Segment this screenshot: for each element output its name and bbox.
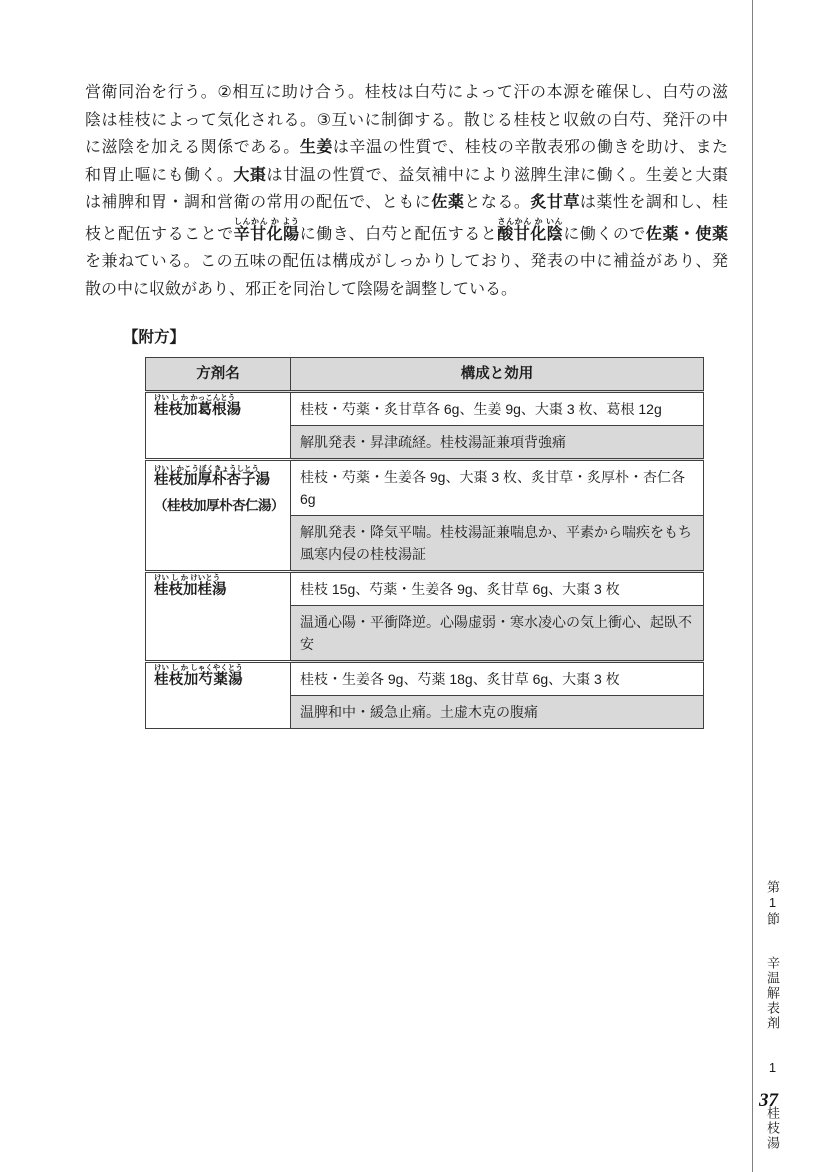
body-text: に働くので bbox=[563, 226, 646, 243]
table-row: 桂枝加葛根湯けい し か かっこんとう桂枝・芍薬・炙甘草各 6g、生姜 9g、大… bbox=[146, 392, 704, 426]
effect-cell: 解肌発表・降気平喘。桂枝湯証兼喘息か、平素から喘疾をもち風寒内侵の桂枝湯証 bbox=[291, 516, 704, 572]
table-row: 桂枝加芍薬湯けい し か しゃくやくとう桂枝・生姜各 9g、芍薬 18g、炙甘草… bbox=[146, 662, 704, 696]
page-number: 37 bbox=[759, 1090, 778, 1112]
col-header-formula-name: 方剤名 bbox=[146, 358, 291, 392]
composition-cell: 桂枝 15g、芍薬・生姜各 9g、炙甘草 6g、大棗 3 枚 bbox=[291, 572, 704, 606]
col-header-composition-effect: 構成と効用 bbox=[291, 358, 704, 392]
section-heading: 【附方】 bbox=[123, 328, 185, 348]
book-page: 営衛同治を行う。②相互に助け合う。桂枝は白芍によって汗の本源を確保し、白芍の滋陰… bbox=[0, 0, 830, 1172]
formula-name-cell: 桂枝加葛根湯けい し か かっこんとう bbox=[146, 392, 291, 460]
body-text: となる。 bbox=[464, 194, 530, 211]
body-text: は辛温の性質で、桂枝の辛散表邪の働きを助け、また bbox=[333, 139, 728, 156]
paragraph-line: 陰は桂枝によって気化される。③互いに制御する。散じる桂枝と収斂の白芍、発汗の中 bbox=[85, 107, 728, 135]
ruby-term: 辛甘化陽しんかん か よう bbox=[234, 226, 300, 243]
paragraph-line: 散の中に収斂があり、邪正を同治して陰陽を調整している。 bbox=[85, 276, 728, 304]
sidebar-chapter: 第1節 bbox=[763, 880, 781, 927]
sidebar-number: 1 bbox=[763, 1060, 781, 1077]
ruby-term: 酸甘化陰さんかん か いん bbox=[497, 226, 563, 243]
body-text: 陰は桂枝によって気化される。③互いに制御する。散じる桂枝と収斂の白芍、発汗の中 bbox=[85, 112, 728, 129]
body-text: を兼ねている。この五味の配伍は構成がしっかりしており、発表の中に補益があり、発 bbox=[85, 253, 728, 270]
formula-name-cell: 桂枝加桂湯けい し か けいとう bbox=[146, 572, 291, 662]
paragraph-line: 枝と配伍することで辛甘化陽しんかん か ように働き、白芍と配伍すると酸甘化陰さん… bbox=[85, 217, 728, 249]
body-text: は甘温の性質で、益気補中により滋脾生津に働く。生姜と大棗 bbox=[266, 167, 728, 184]
composition-cell: 桂枝・芍薬・生姜各 9g、大棗 3 枚、炙甘草・炙厚朴・杏仁各 6g bbox=[291, 460, 704, 516]
body-text: は薬性を調和し、桂 bbox=[580, 194, 728, 211]
formula-name: 桂枝加厚朴杏子湯けいしかこうぼくきょうしとう bbox=[154, 472, 270, 488]
emphasized-term: 生姜 bbox=[300, 139, 333, 156]
sidebar-section: 辛温解表剤 bbox=[763, 956, 781, 1031]
body-text: 枝と配伍することで bbox=[85, 226, 234, 243]
paragraph-line: に滋陰を加える関係である。生姜は辛温の性質で、桂枝の辛散表邪の働きを助け、また bbox=[85, 134, 728, 162]
emphasized-term: 佐薬 bbox=[431, 194, 464, 211]
formula-group: 桂枝加葛根湯けい し か かっこんとう桂枝・芍薬・炙甘草各 6g、生姜 9g、大… bbox=[146, 392, 704, 460]
formula-name-cell: 桂枝加芍薬湯けい し か しゃくやくとう bbox=[146, 662, 291, 729]
formula-name-cell: 桂枝加厚朴杏子湯けいしかこうぼくきょうしとう（桂枝加厚朴杏仁湯） bbox=[146, 460, 291, 572]
page-edge-rule bbox=[752, 0, 753, 1172]
table-row: 桂枝加桂湯けい し か けいとう桂枝 15g、芍薬・生姜各 9g、炙甘草 6g、… bbox=[146, 572, 704, 606]
formula-name: 桂枝加桂湯けい し か けいとう bbox=[154, 582, 227, 598]
paragraph-line: は補脾和胃・調和営衛の常用の配伍で、ともに佐薬となる。炙甘草は薬性を調和し、桂 bbox=[85, 189, 728, 217]
effect-cell: 温通心陽・平衝降逆。心陽虚弱・寒水凌心の気上衝心、起臥不安 bbox=[291, 606, 704, 662]
formula-name: 桂枝加芍薬湯けい し か しゃくやくとう bbox=[154, 672, 243, 688]
paragraph-line: を兼ねている。この五味の配伍は構成がしっかりしており、発表の中に補益があり、発 bbox=[85, 248, 728, 276]
sidebar-formula: 桂枝湯 bbox=[763, 1106, 781, 1151]
formula-group: 桂枝加厚朴杏子湯けいしかこうぼくきょうしとう（桂枝加厚朴杏仁湯）桂枝・芍薬・生姜… bbox=[146, 460, 704, 572]
body-text: 和胃止嘔にも働く。 bbox=[85, 167, 233, 184]
emphasized-term: 大棗 bbox=[233, 167, 266, 184]
emphasized-term: 佐薬・使薬 bbox=[646, 226, 728, 243]
effect-cell: 解肌発表・昇津疏経。桂枝湯証兼項背強痛 bbox=[291, 426, 704, 460]
body-paragraph: 営衛同治を行う。②相互に助け合う。桂枝は白芍によって汗の本源を確保し、白芍の滋陰… bbox=[85, 79, 728, 303]
effect-cell: 温脾和中・緩急止痛。土虚木克の腹痛 bbox=[291, 696, 704, 729]
emphasized-term: 炙甘草 bbox=[530, 194, 580, 211]
composition-cell: 桂枝・芍薬・炙甘草各 6g、生姜 9g、大棗 3 枚、葛根 12g bbox=[291, 392, 704, 426]
table-row: 桂枝加厚朴杏子湯けいしかこうぼくきょうしとう（桂枝加厚朴杏仁湯）桂枝・芍薬・生姜… bbox=[146, 460, 704, 516]
table-header-row: 方剤名 構成と効用 bbox=[146, 358, 704, 392]
formula-table: 方剤名 構成と効用 桂枝加葛根湯けい し か かっこんとう桂枝・芍薬・炙甘草各 … bbox=[145, 357, 704, 729]
body-text: 営衛同治を行う。②相互に助け合う。桂枝は白芍によって汗の本源を確保し、白芍の滋 bbox=[85, 84, 728, 101]
body-text: 散の中に収斂があり、邪正を同治して陰陽を調整している。 bbox=[85, 281, 517, 298]
formula-group: 桂枝加芍薬湯けい し か しゃくやくとう桂枝・生姜各 9g、芍薬 18g、炙甘草… bbox=[146, 662, 704, 729]
composition-cell: 桂枝・生姜各 9g、芍薬 18g、炙甘草 6g、大棗 3 枚 bbox=[291, 662, 704, 696]
paragraph-line: 営衛同治を行う。②相互に助け合う。桂枝は白芍によって汗の本源を確保し、白芍の滋 bbox=[85, 79, 728, 107]
body-text: に滋陰を加える関係である。 bbox=[85, 139, 300, 156]
paragraph-line: 和胃止嘔にも働く。大棗は甘温の性質で、益気補中により滋脾生津に働く。生姜と大棗 bbox=[85, 162, 728, 190]
formula-group: 桂枝加桂湯けい し か けいとう桂枝 15g、芍薬・生姜各 9g、炙甘草 6g、… bbox=[146, 572, 704, 662]
formula-alt-name: （桂枝加厚朴杏仁湯） bbox=[154, 495, 288, 517]
formula-name: 桂枝加葛根湯けい し か かっこんとう bbox=[154, 402, 241, 418]
body-text: は補脾和胃・調和営衛の常用の配伍で、ともに bbox=[85, 194, 431, 211]
body-text: に働き、白芍と配伍すると bbox=[300, 226, 498, 243]
